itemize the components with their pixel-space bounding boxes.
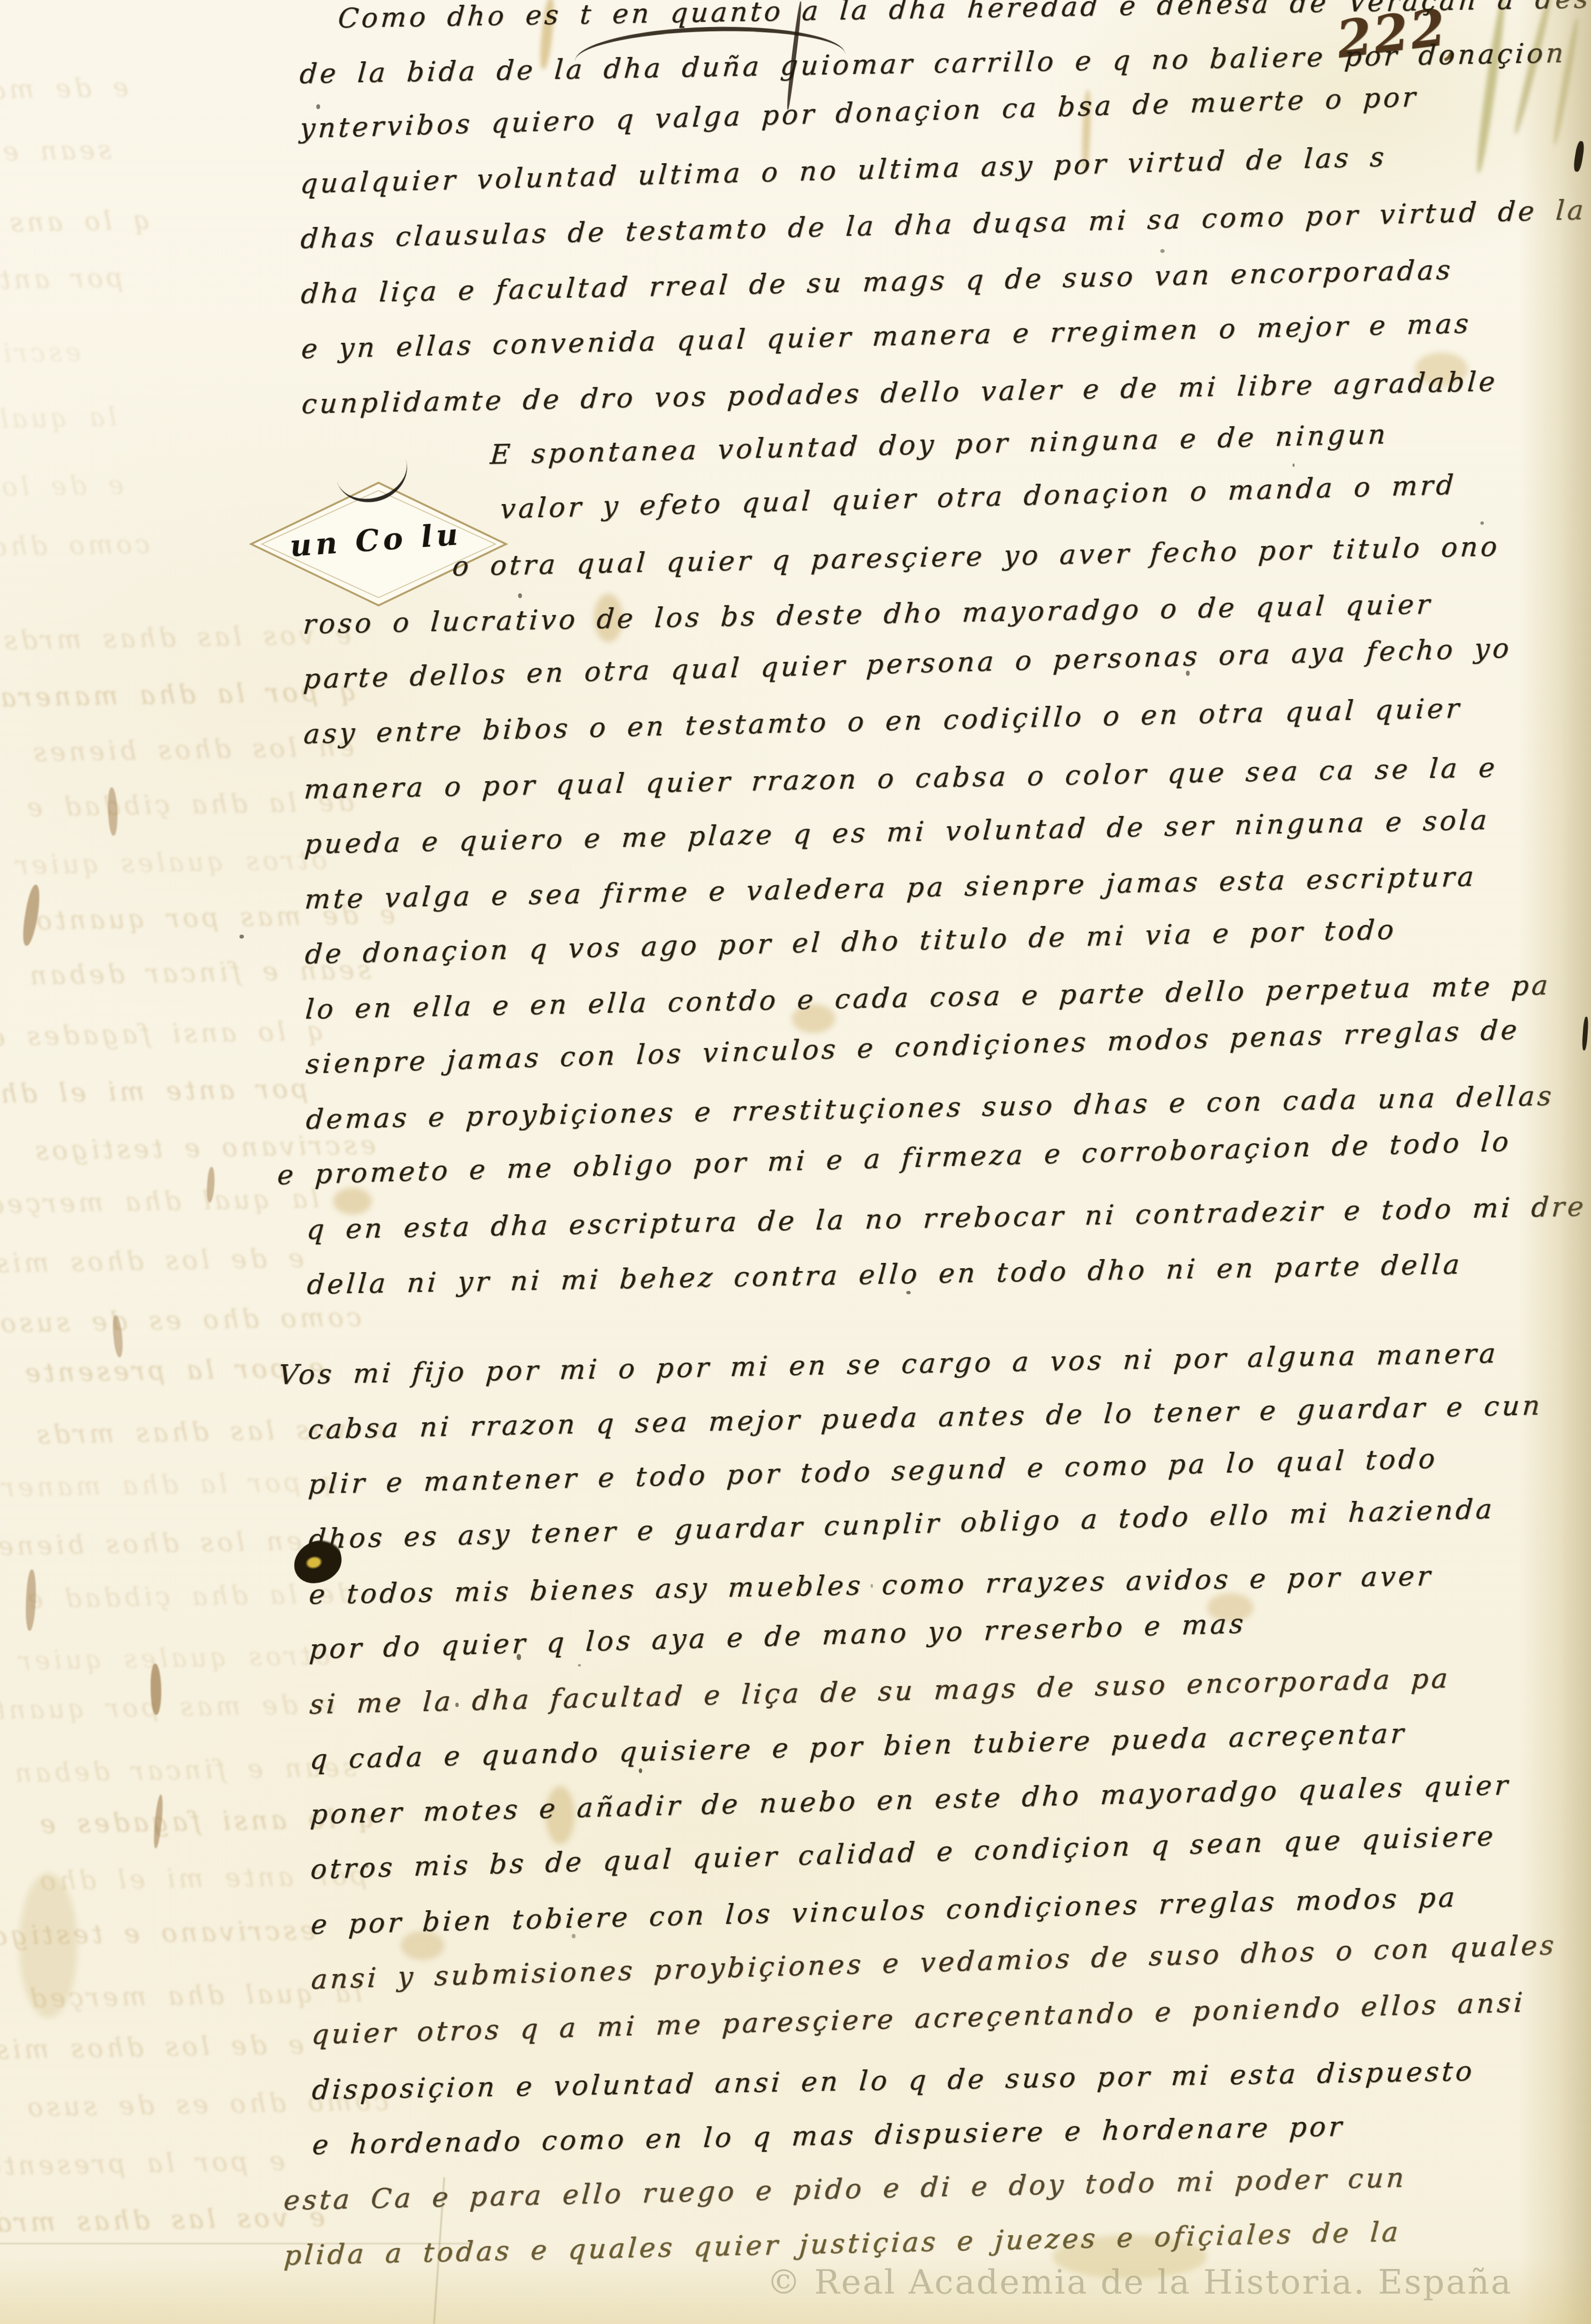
manuscript-page: e vos las dhas mrdsq por la dha maneraen… bbox=[0, 0, 1591, 2324]
manuscript-line-text: Como dho es t en quanto a la dha heredad… bbox=[337, 0, 1591, 34]
manuscript-line-text: Vos mi fijo por mi o por mi en se cargo … bbox=[278, 1338, 1499, 1391]
manuscript-text-block: Como dho es t en quanto a la dha heredad… bbox=[270, 0, 1591, 2295]
text-layer: Como dho es t en quanto a la dha heredad… bbox=[0, 0, 1591, 2324]
